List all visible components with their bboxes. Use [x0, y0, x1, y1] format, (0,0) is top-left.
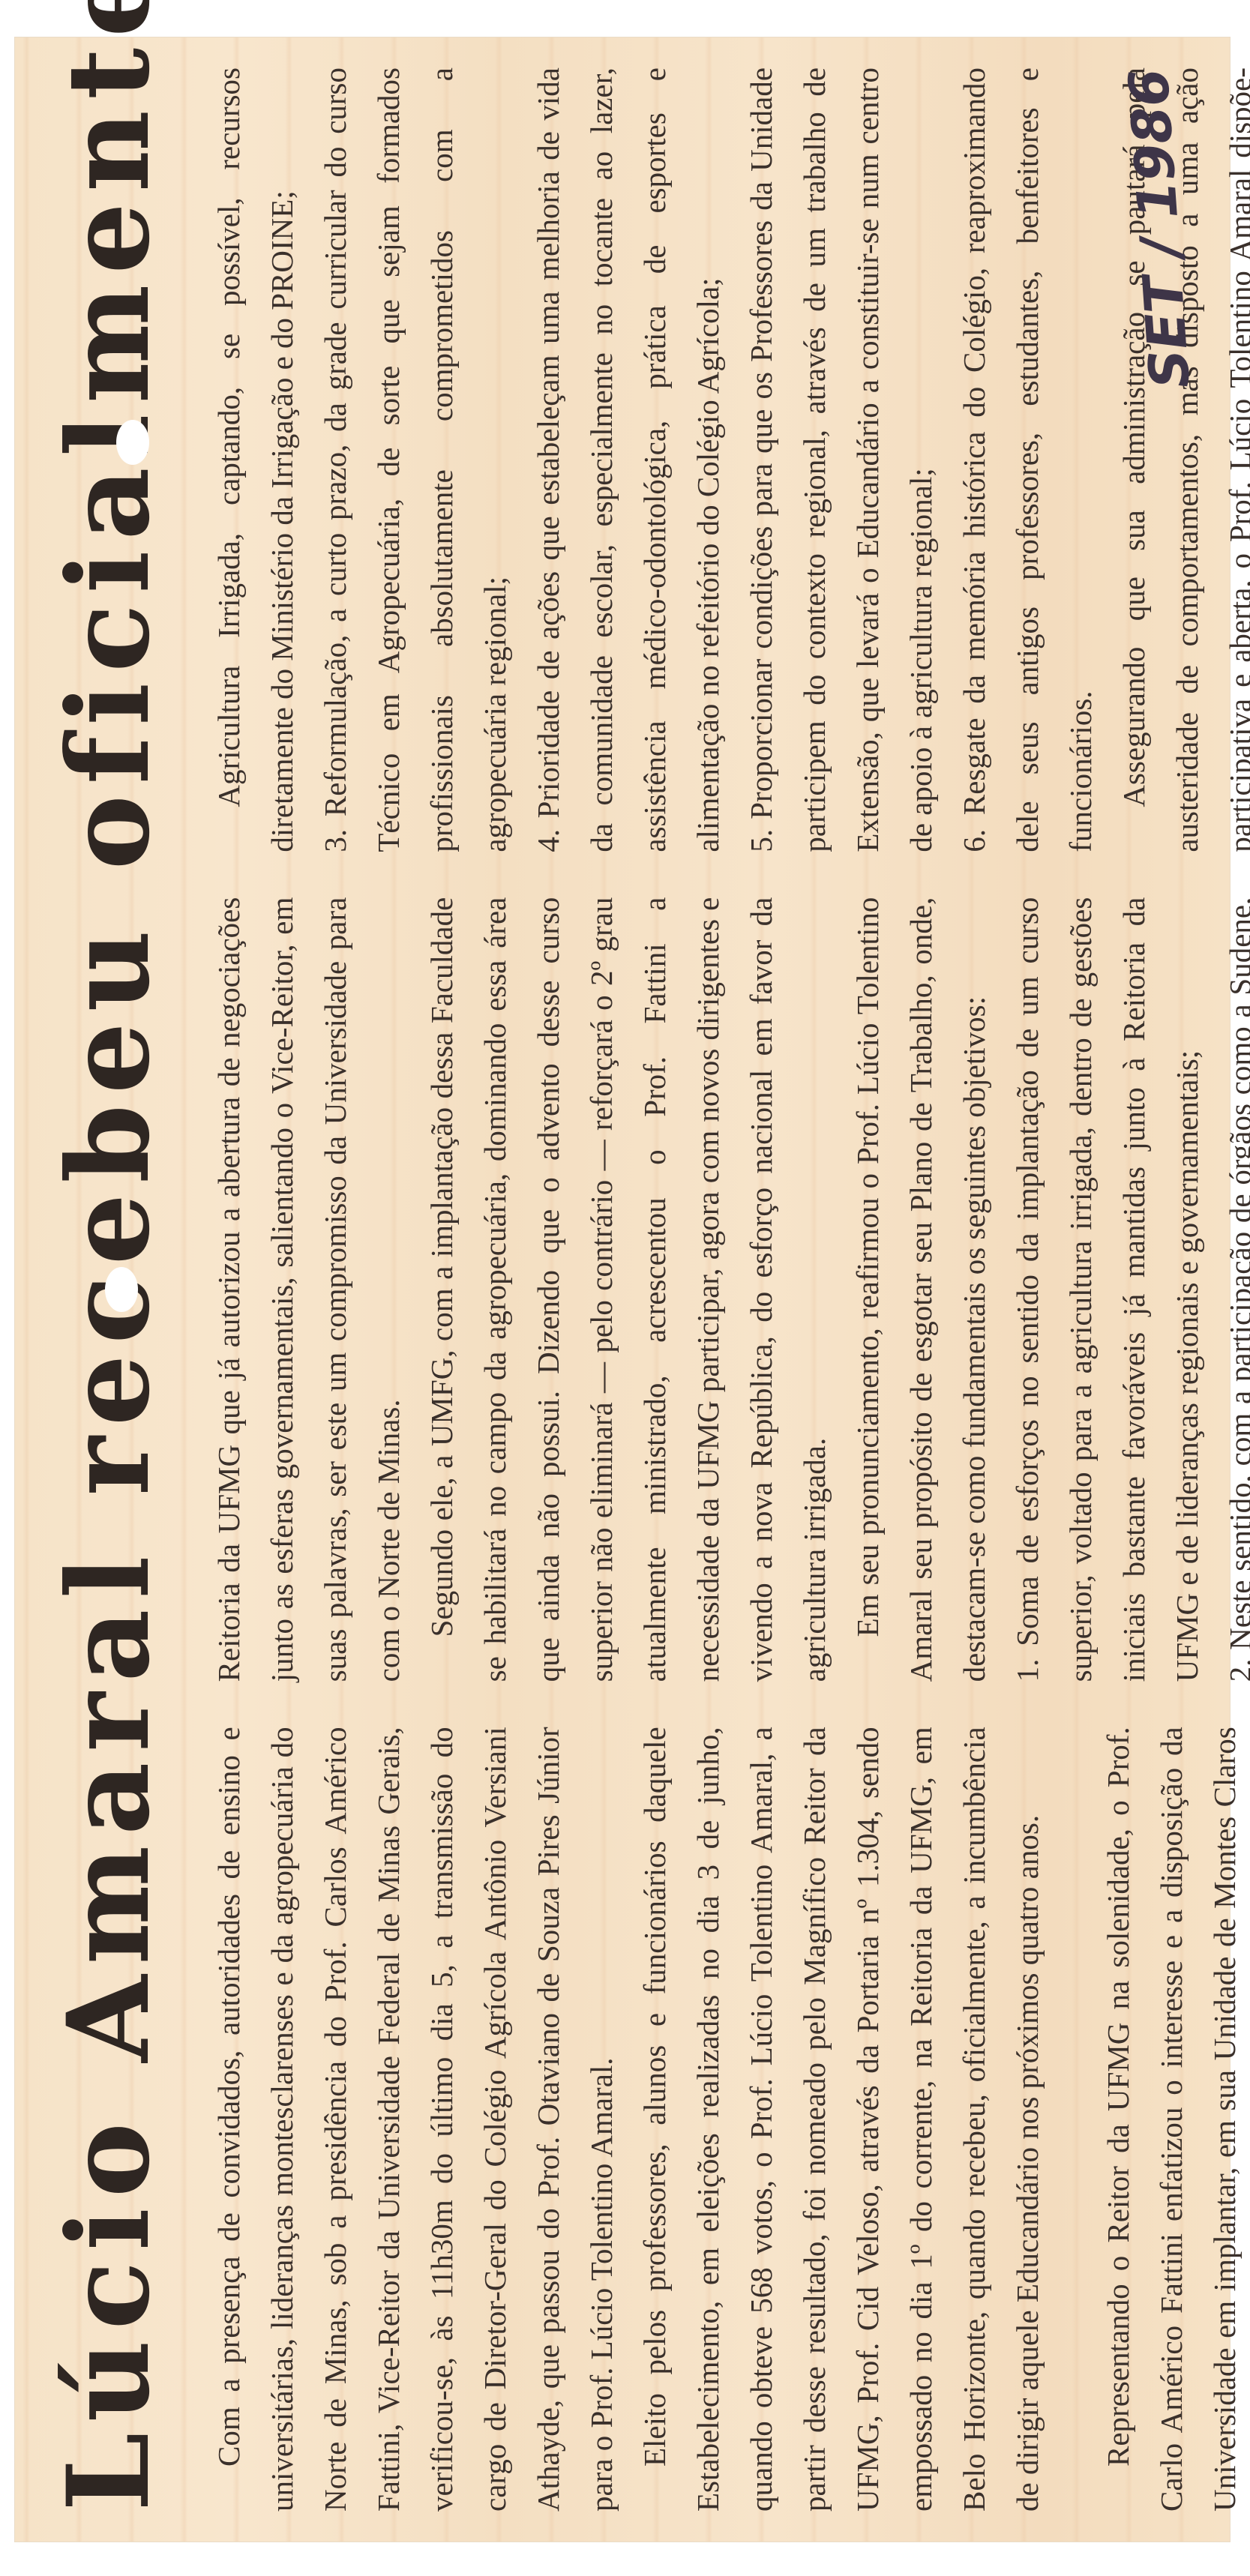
- paragraph: Eleito pelos professores, alunos e funci…: [628, 1727, 1054, 2512]
- list-item: 2. Neste sentido, com a participação de …: [1214, 897, 1250, 1682]
- paragraph: Reitoria da UFMG que já autorizou a aber…: [202, 897, 415, 1682]
- newspaper-clipping: Lúcio Amaral recebeu oficialmente o Agrí…: [15, 37, 1230, 2542]
- page-canvas: Lúcio Amaral recebeu oficialmente o Agrí…: [0, 0, 1250, 2576]
- article-column-3: Agricultura Irrigada, captando, se possí…: [202, 67, 1192, 852]
- list-item: 3. Reformulação, a curto prazo, da grade…: [309, 67, 522, 852]
- paragraph: Segundo ele, a UMFG, com a implantação d…: [415, 897, 841, 1682]
- paragraph: Representando o Reitor da UFMG na soleni…: [1092, 1727, 1250, 2512]
- list-item: 1. Soma de esforços no sentido da implan…: [1001, 897, 1214, 1682]
- paragraph: Agricultura Irrigada, captando, se possí…: [202, 67, 309, 852]
- list-item: 4. Prioridade de ações que estabeleçam u…: [522, 67, 735, 852]
- article-column-2: Reitoria da UFMG que já autorizou a aber…: [202, 897, 1192, 1682]
- punch-hole: [105, 1267, 138, 1312]
- article-columns: Com a presença de convidados, autoridade…: [202, 67, 1192, 2512]
- punch-hole: [116, 420, 149, 465]
- list-item: 6. Resgate da memória histórica do Colég…: [948, 67, 1108, 852]
- paragraph: Em seu pronunciamento, reafirmou o Prof.…: [841, 897, 1001, 1682]
- paragraph: Com a presença de convidados, autoridade…: [202, 1727, 628, 2512]
- list-item: 5. Proporcionar condições para que os Pr…: [735, 67, 948, 852]
- article-column-1: Com a presença de convidados, autoridade…: [202, 1727, 1192, 2512]
